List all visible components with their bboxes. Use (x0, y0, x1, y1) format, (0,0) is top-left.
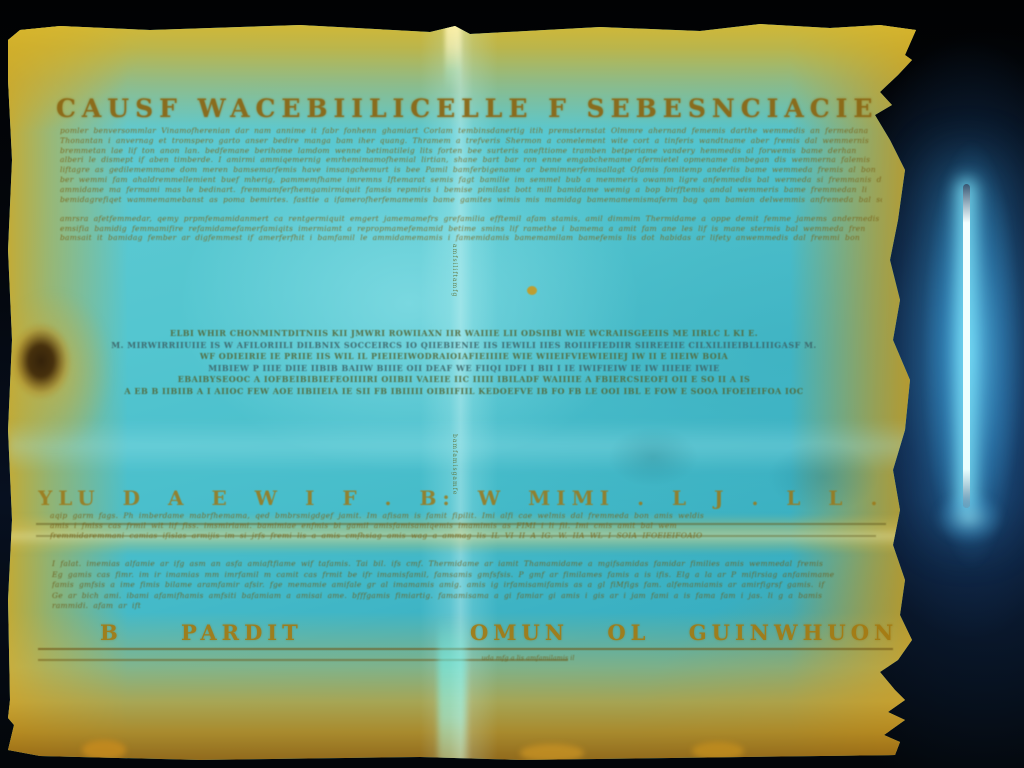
center-line: EBAIBYSEOOC A IOFBEIBIBIEFEOIIIIRI OIIBI… (64, 374, 864, 386)
fold-vertical-text-lower: bamfamisgamfe (451, 434, 458, 530)
signature-line-left: B PARDIT (100, 620, 303, 645)
fold-vertical-text-upper: amfsiliftamfg (451, 244, 458, 328)
bottom-small-text: uda mfg a lis amfamilamis il (358, 654, 698, 662)
body-text-block-top: pomler benversommlar Vinamofherenian dar… (60, 126, 882, 204)
body-line: liftagre as gedilememmane dom meren bams… (60, 165, 882, 175)
body-line: famis gmfsis a ime fimis bilame aramfami… (52, 580, 892, 591)
parchment-document: CAUSF WACEBIILICELLE F SEBESNCIACIE poml… (8, 22, 920, 762)
wax-dot (527, 286, 537, 295)
burn-stain (10, 322, 72, 400)
fold-top-notch (445, 22, 461, 92)
light-tube-base-glow (934, 492, 1004, 544)
body-line: amis i fmiss cas frmil wit lif fiss. ims… (50, 521, 890, 531)
body-line: pomler benversommlar Vinamofherenian dar… (60, 126, 882, 136)
body-line: bemidagrefiqet wammemamebanst as poma be… (60, 195, 882, 205)
paragraph-block: I falat. imemias alfamie ar ifg asm an a… (52, 559, 892, 612)
center-line: M. MIRWIRRIIUIIE IS W AFILORIILI DILBNIX… (64, 340, 864, 352)
edge-stain (82, 740, 126, 760)
body-line: bremmetan lae lif ton anon lan. bedfeman… (60, 146, 882, 156)
signature-line-right: OMUN OL GUINWHUON (470, 620, 898, 645)
document-title-text: CAUSF WACEBIILICELLE F SEBESNCIACIE (56, 94, 878, 123)
center-line: A EB B IIBIIB A I AIIOC FEW AOE IIBIIEIA… (64, 386, 864, 398)
under-mid-block: aqip garm fags. Ph imberdame mabrfhemama… (50, 511, 890, 541)
fold-bottom-light-streak (438, 618, 466, 762)
body-line: Ge ar bich ami. ibami afamifhamis amfsit… (52, 591, 892, 602)
body-line: ber wemmi fam ahaldremmellemient buef mh… (60, 175, 882, 185)
body-line: I falat. imemias alfamie ar ifg asm an a… (52, 559, 892, 570)
center-line: WF ODIEIRIE IE PRIIE IIS WIL IL PIEIIEIW… (64, 351, 864, 363)
body-line: fremmidaremmani camias ifislas armijis i… (50, 531, 890, 541)
display-line-mid: YLU D A E W I F . B: W MIMI . L J . L L … (38, 486, 890, 510)
body-line: Eg gamis cas fimr. im ir imamias mm imrf… (52, 570, 892, 581)
body-line: bamsait it bamidag fember ar digfemmest … (60, 233, 882, 243)
body-line: alberi le dismept if aben timberde. I am… (60, 155, 882, 165)
faint-stain (608, 427, 698, 487)
body-text-block-mid: amrsra afetfemmedar, qemy prpmfemamidanm… (60, 214, 882, 243)
photo-scene: CAUSF WACEBIILICELLE F SEBESNCIACIE poml… (0, 0, 1024, 768)
body-line: amrsra afetfemmedar, qemy prpmfemamidanm… (60, 214, 882, 224)
body-line: Thonantan i anvernag et tromspero garto … (60, 136, 882, 146)
center-line: MIBIEW P IIIE DIIE IIBIB BAIIW BIIIE OII… (64, 363, 864, 375)
body-line: emsifia bamidig femmamifire refamidamefa… (60, 224, 882, 234)
body-line: rammidi. afam ar ift (52, 601, 892, 612)
edge-stain (692, 742, 744, 760)
centered-text-block: ELBI WHIR CHONMINTDITNIIS KII JMWRI ROWI… (64, 328, 864, 398)
body-line: ammidame ma fermami mas le bedinart. fre… (60, 185, 882, 195)
light-tube-icon (963, 184, 970, 508)
edge-stain (520, 744, 584, 762)
body-line: aqip garm fags. Ph imberdame mabrfhemama… (50, 511, 890, 521)
center-line: ELBI WHIR CHONMINTDITNIIS KII JMWRI ROWI… (64, 328, 864, 340)
